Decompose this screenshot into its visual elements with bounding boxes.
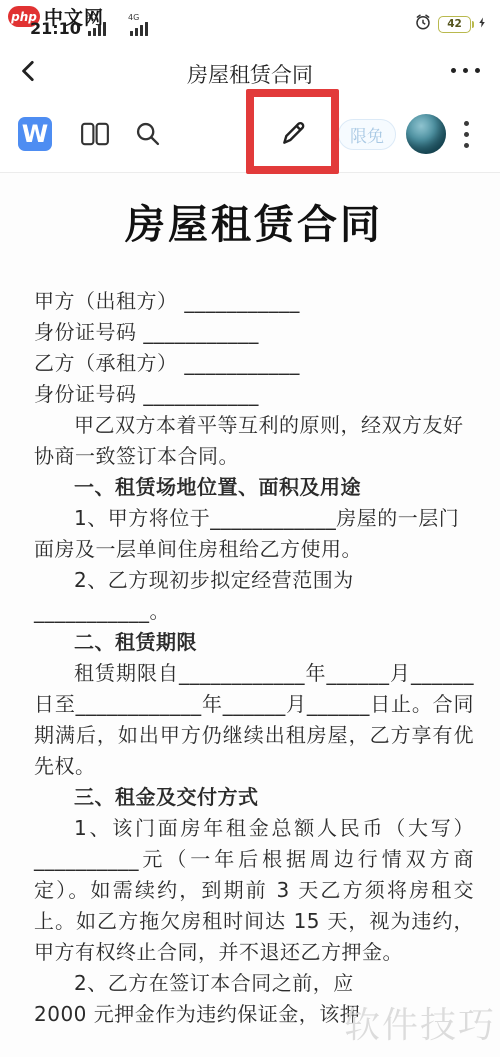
signal-bars-sim1-icon: 4G — [88, 22, 106, 36]
read-mode-button[interactable] — [80, 121, 110, 147]
book-icon — [82, 124, 93, 144]
doc-paragraph: 身份证号码 ___________ — [34, 379, 474, 410]
doc-paragraph: 1、甲方将位于____________房屋的一层门面房及一层单间住房租给乙方使用… — [34, 503, 474, 565]
overflow-menu-button[interactable] — [464, 121, 469, 148]
clock-time: 21:10 — [30, 19, 81, 38]
doc-paragraph: 1、该门面房年租金总额人民币（大写）__________元（一年后根据周边行情双… — [34, 813, 474, 968]
network-type-label: 4G — [128, 13, 139, 22]
doc-paragraph: 2、乙方在签订本合同之前，应 — [34, 968, 474, 999]
more-icon — [463, 68, 468, 73]
document-title: 房屋租赁合同 — [34, 193, 474, 250]
network-type-label: 4G — [86, 13, 97, 22]
doc-paragraph: 2、乙方现初步拟定经营范围为___________。 — [34, 565, 474, 627]
doc-paragraphs: 甲方（出租方） ___________身份证号码 ___________乙方（承… — [34, 286, 474, 1030]
app-screen: php 中文网 21:10 4G 4G 42 — [0, 0, 500, 1057]
status-bar: php 中文网 21:10 4G 4G 42 — [0, 0, 500, 46]
page-title: 房屋租赁合同 — [0, 59, 500, 89]
kebab-icon — [464, 132, 469, 137]
doc-paragraph: 身份证号码 ___________ — [34, 317, 474, 348]
wps-writer-icon[interactable]: W — [18, 117, 52, 151]
doc-paragraph: 二、租赁期限 — [34, 627, 474, 658]
doc-paragraph: 一、租赁场地位置、面积及用途 — [34, 472, 474, 503]
status-right-cluster: 42 — [414, 13, 488, 35]
doc-paragraph: 甲方（出租方） ___________ — [34, 286, 474, 317]
kebab-icon — [464, 121, 469, 126]
document-view[interactable]: 房屋租赁合同 甲方（出租方） ___________身份证号码 ________… — [0, 193, 500, 1030]
limited-free-badge[interactable]: 限免 — [338, 119, 396, 150]
more-icon — [451, 68, 456, 73]
doc-paragraph: 甲乙双方本着平等互利的原则，经双方友好协商一致签订本合同。 — [34, 410, 474, 472]
search-button[interactable] — [134, 120, 162, 148]
signal-bars-sim2-icon: 4G — [130, 22, 148, 36]
battery-indicator: 42 — [438, 16, 471, 33]
nav-bar: 房屋租赁合同 — [0, 46, 500, 96]
corner-watermark: 软件技巧 — [344, 997, 496, 1048]
search-icon — [134, 120, 162, 148]
edit-pencil-icon — [277, 118, 309, 150]
edit-button[interactable] — [277, 118, 309, 150]
alarm-icon — [414, 13, 432, 35]
charging-icon — [477, 15, 488, 34]
more-menu-button[interactable] — [451, 68, 480, 73]
more-icon — [475, 68, 480, 73]
user-avatar[interactable] — [406, 114, 446, 154]
toolbar: W 限免 — [0, 96, 500, 173]
doc-paragraph: 租赁期限自____________年______月______日至_______… — [34, 658, 474, 782]
doc-paragraph: 三、租金及交付方式 — [34, 782, 474, 813]
kebab-icon — [464, 143, 469, 148]
doc-paragraph: 乙方（承租方） ___________ — [34, 348, 474, 379]
